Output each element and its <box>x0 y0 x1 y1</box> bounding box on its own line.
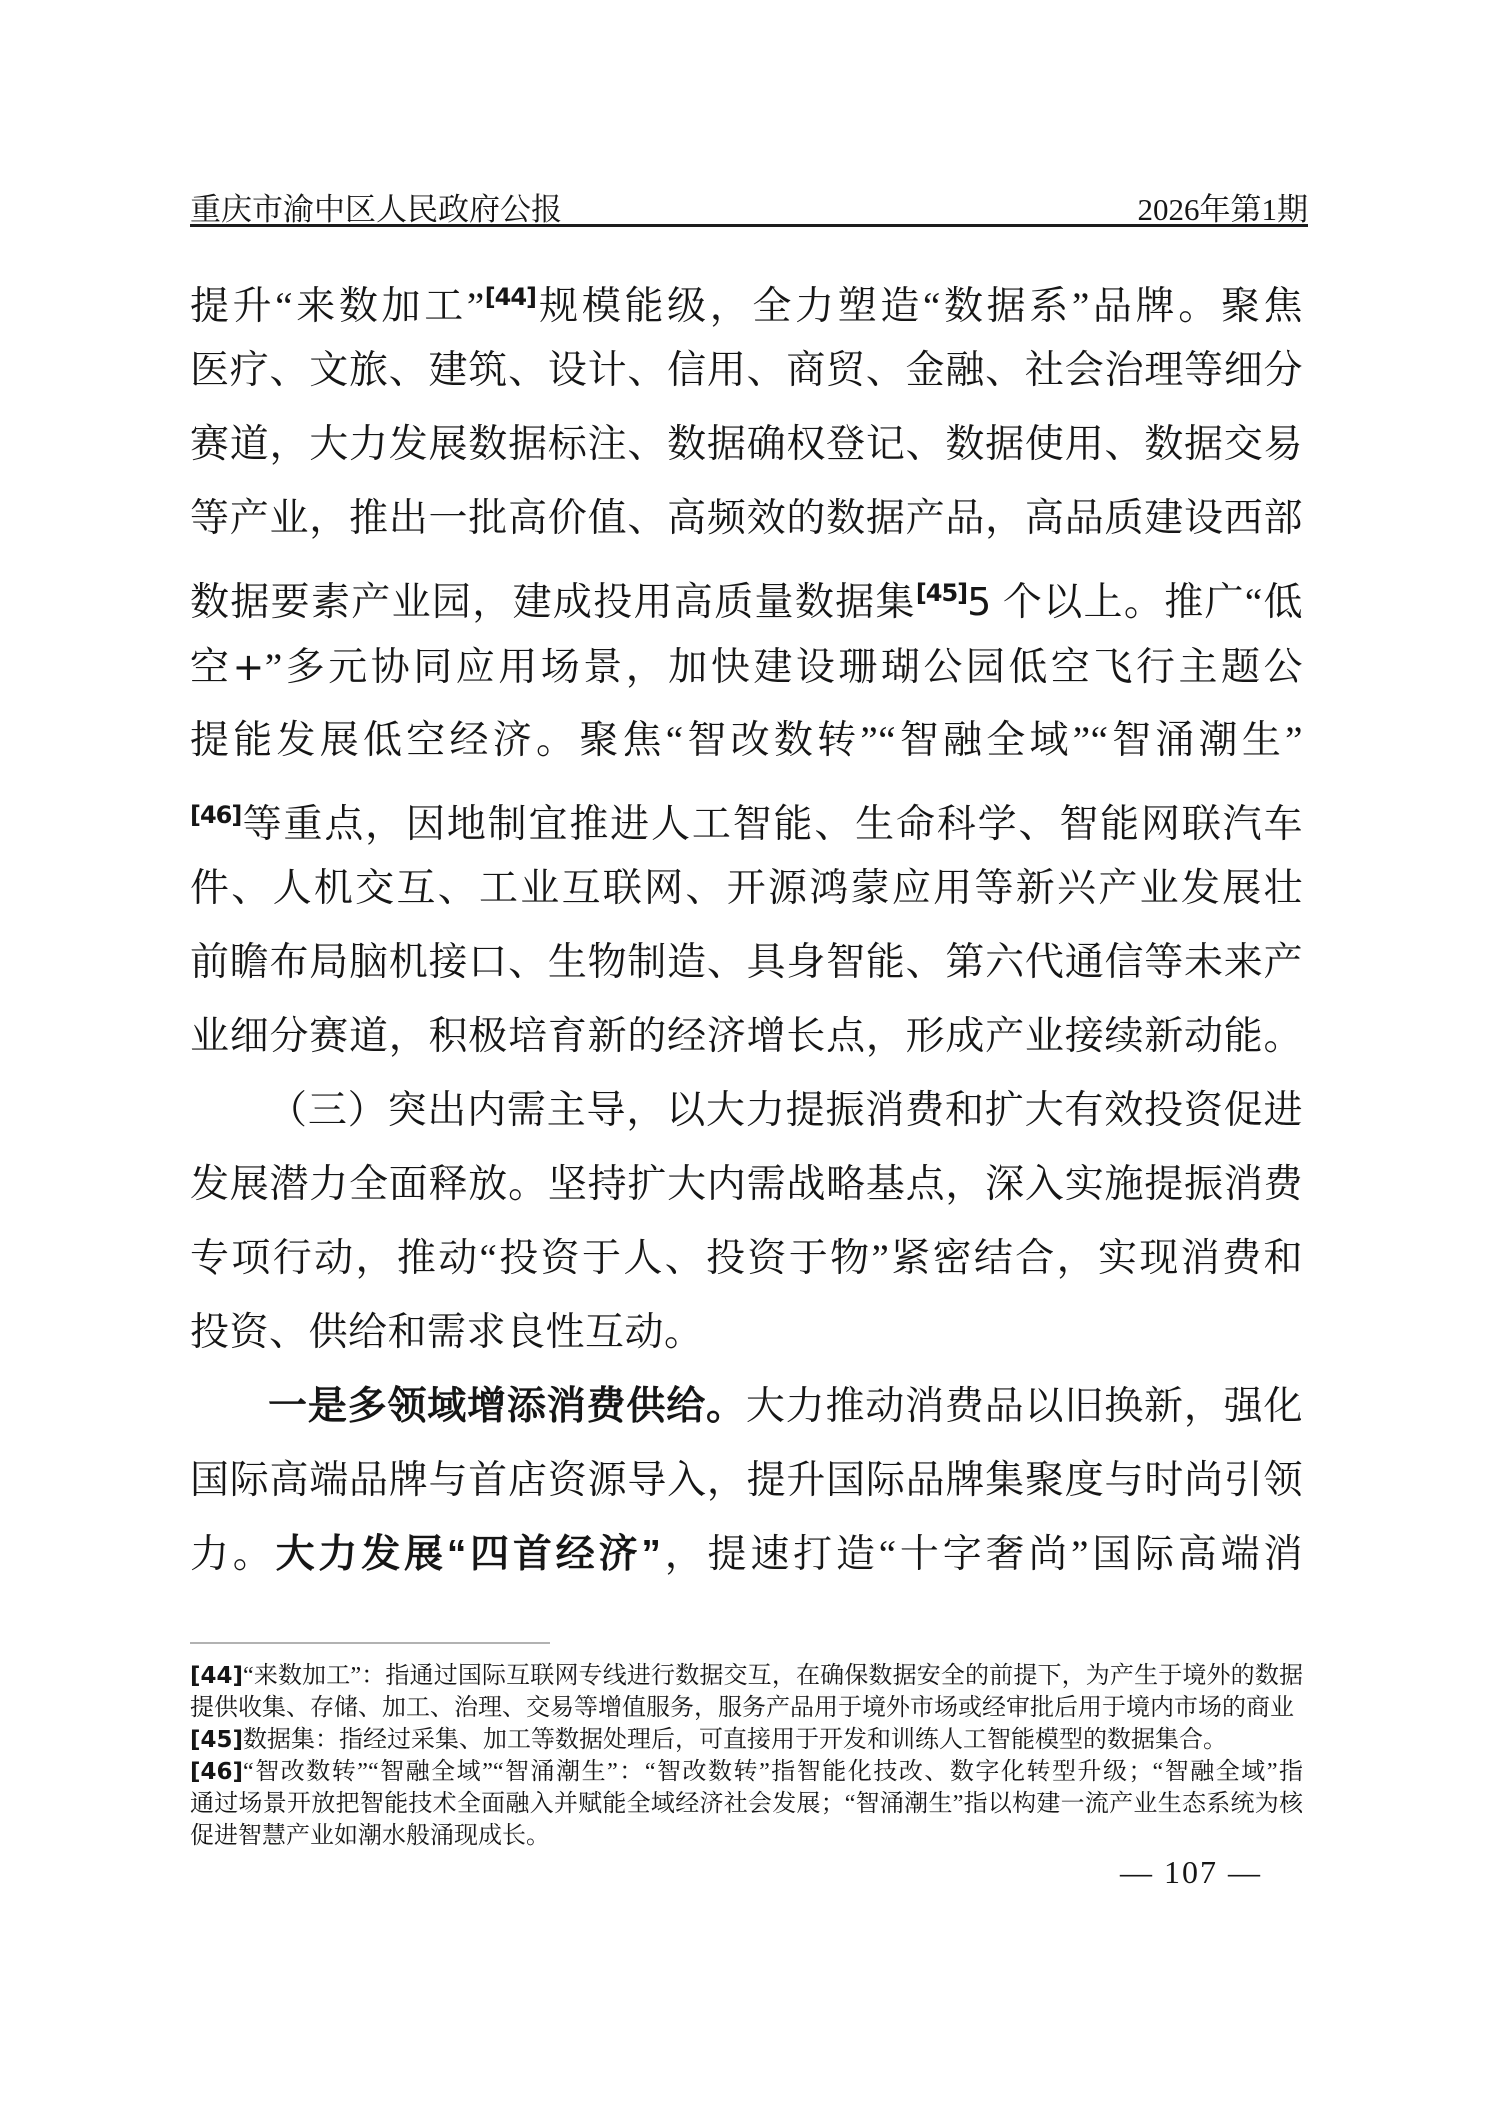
text-segment: 空 <box>190 646 233 689</box>
footnote-line: 提供收集、存储、加工、治理、交易等增值服务，服务产品用于境外市场或经审批后用于境… <box>190 1692 1303 1724</box>
body-line: 空+”多元协同应用场景，加快建设珊瑚公园低空飞行主题公园， <box>190 630 1303 704</box>
text-segment: 数据要素产业园，建成投用高质量数据集 <box>190 581 916 624</box>
body-line: 国际高端品牌与首店资源导入，提升国际品牌集聚度与时尚引领 <box>190 1444 1303 1518</box>
text-segment: 件、人机交互、工业互联网、开源鸿蒙应用等新兴产业发展壮大， <box>190 867 1303 926</box>
body-line: 专项行动，推动“投资于人、投资于物”紧密结合，实现消费和 <box>190 1222 1303 1296</box>
footnote-divider <box>190 1642 550 1644</box>
body-line: [46]等重点，因地制宜推进人工智能、生命科学、智能网联汽车软 <box>190 778 1303 852</box>
text-segment: ，提速打造“十字奢尚”国际高端消 <box>661 1533 1303 1576</box>
text-segment: 促进智慧产业如潮水般涌现成长。 <box>190 1823 550 1849</box>
body-line: 提升“来数加工”[44]规模能级，全力塑造“数据系”品牌。聚焦 <box>190 260 1303 334</box>
header-rule <box>190 224 1308 227</box>
text-segment: 个以上。推广“低 <box>992 581 1303 624</box>
body-line: （三）突出内需主导，以大力提振消费和扩大有效投资促进 <box>190 1074 1303 1148</box>
gazette-title: 重庆市渝中区人民政府公报 <box>190 184 562 229</box>
text-segment: 国际高端品牌与首店资源导入，提升国际品牌集聚度与时尚引领 <box>190 1459 1303 1502</box>
text-segment: 大力推动消费品以旧换新，强化 <box>746 1385 1303 1428</box>
issue-label: 2026年第1期 <box>1138 184 1309 229</box>
footnote-line: 通过场景开放把智能技术全面融入并赋能全域经济社会发展；“智涌潮生”指以构建一流产… <box>190 1788 1303 1820</box>
text-segment: 等重点，因地制宜推进人工智能、生命科学、智能网联汽车软 <box>190 803 1303 852</box>
text-segment: 数据集：指经过采集、加工等数据处理后，可直接用于开发和训练人工智能模型的数据集合… <box>243 1727 1227 1753</box>
page-number: — 107 — <box>1120 1854 1262 1891</box>
body-line: 力。大力发展“四首经济”，提速打造“十字奢尚”国际高端消 <box>190 1518 1303 1592</box>
text-segment: 等产业，推出一批高价值、高频效的数据产品，高品质建设西部 <box>190 497 1303 540</box>
body-line: 一是多领域增添消费供给。大力推动消费品以旧换新，强化 <box>190 1370 1303 1444</box>
text-segment: 发展潜力全面释放。坚持扩大内需战略基点，深入实施提振消费 <box>190 1163 1303 1206</box>
text-segment: 通过场景开放把智能技术全面融入并赋能全域经济社会发展；“智涌潮生”指以构建一流产… <box>190 1791 1303 1820</box>
text-segment: ”多元协同应用场景，加快建设珊瑚公园低空飞行主题公园， <box>190 646 1303 704</box>
footnotes: [44]“来数加工”：指通过国际互联网专线进行数据交互，在确保数据安全的前提下，… <box>190 1660 1303 1852</box>
text-segment: 投资、供给和需求良性互动。 <box>190 1311 704 1354</box>
footnote-marker: [46] <box>190 1759 243 1785</box>
text-segment: 规模能级，全力塑造“数据系”品牌。聚焦 <box>536 285 1303 328</box>
footnote-line: 促进智慧产业如潮水般涌现成长。 <box>190 1820 1303 1852</box>
text-segment: 提供收集、存储、加工、治理、交易等增值服务，服务产品用于境外市场或经审批后用于境… <box>190 1695 1294 1724</box>
emphasis-segment: 一是多领域增添消费供给。 <box>268 1385 746 1428</box>
text-segment: 专项行动，推动“投资于人、投资于物”紧密结合，实现消费和 <box>190 1237 1303 1280</box>
body-line: 发展潜力全面释放。坚持扩大内需战略基点，深入实施提振消费 <box>190 1148 1303 1222</box>
text-segment: 业细分赛道，积极培育新的经济增长点，形成产业接续新动能。 <box>190 1015 1303 1058</box>
text-segment: 提能发展低空经济。聚焦“智改数转”“智融全域”“智涌潮生” <box>190 719 1303 762</box>
body-line: 前瞻布局脑机接口、生物制造、具身智能、第六代通信等未来产 <box>190 926 1303 1000</box>
text-segment: 5 <box>967 580 992 624</box>
body-line: 数据要素产业园，建成投用高质量数据集[45]5 个以上。推广“低 <box>190 556 1303 630</box>
text-segment: 赛道，大力发展数据标注、数据确权登记、数据使用、数据交易 <box>190 423 1303 466</box>
footnote-line: [44]“来数加工”：指通过国际互联网专线进行数据交互，在确保数据安全的前提下，… <box>190 1660 1303 1692</box>
text-segment: + <box>233 645 265 689</box>
text-segment: “来数加工”：指通过国际互联网专线进行数据交互，在确保数据安全的前提下，为产生于… <box>190 1663 1303 1692</box>
body-line: 业细分赛道，积极培育新的经济增长点，形成产业接续新动能。 <box>190 1000 1303 1074</box>
footnote-line: [45]数据集：指经过采集、加工等数据处理后，可直接用于开发和训练人工智能模型的… <box>190 1724 1303 1756</box>
footnote-ref: [44] <box>485 283 536 311</box>
body-line: 投资、供给和需求良性互动。 <box>190 1296 1303 1370</box>
footnote-marker: [45] <box>190 1727 243 1753</box>
text-segment: 医疗、文旅、建筑、设计、信用、商贸、金融、社会治理等细分 <box>190 349 1303 392</box>
gazette-page: 重庆市渝中区人民政府公报 2026年第1期 提升“来数加工”[44]规模能级，全… <box>0 0 1488 2104</box>
footnote-line: [46]“智改数转”“智融全域”“智涌潮生”：“智改数转”指智能化技改、数字化转… <box>190 1756 1303 1788</box>
text-segment: 提升“来数加工” <box>190 285 485 328</box>
page-header: 重庆市渝中区人民政府公报 2026年第1期 <box>190 184 1308 229</box>
text-segment: 力。 <box>190 1533 276 1576</box>
footnote-ref: [46] <box>190 801 241 829</box>
body-line: 等产业，推出一批高价值、高频效的数据产品，高品质建设西部 <box>190 482 1303 556</box>
text-segment: 前瞻布局脑机接口、生物制造、具身智能、第六代通信等未来产 <box>190 941 1303 984</box>
text-segment: “智改数转”“智融全域”“智涌潮生”：“智改数转”指智能化技改、数字化转型升级；… <box>243 1759 1303 1785</box>
body-text: 提升“来数加工”[44]规模能级，全力塑造“数据系”品牌。聚焦医疗、文旅、建筑、… <box>190 260 1303 1592</box>
footnote-marker: [44] <box>190 1663 243 1689</box>
footnote-ref: [45] <box>916 579 967 607</box>
body-line: 件、人机交互、工业互联网、开源鸿蒙应用等新兴产业发展壮大， <box>190 852 1303 926</box>
body-line: 提能发展低空经济。聚焦“智改数转”“智融全域”“智涌潮生” <box>190 704 1303 778</box>
body-line: 赛道，大力发展数据标注、数据确权登记、数据使用、数据交易 <box>190 408 1303 482</box>
text-segment: （三）突出内需主导，以大力提振消费和扩大有效投资促进 <box>268 1089 1303 1132</box>
emphasis-segment: 大力发展“四首经济” <box>276 1533 662 1576</box>
body-line: 医疗、文旅、建筑、设计、信用、商贸、金融、社会治理等细分 <box>190 334 1303 408</box>
